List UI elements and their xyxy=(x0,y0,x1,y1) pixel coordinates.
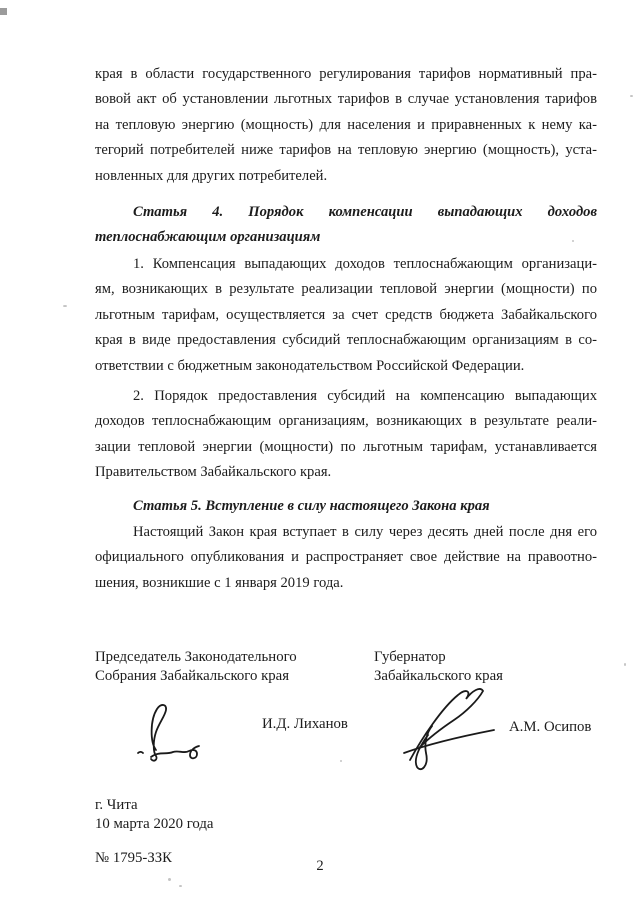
text-line: зации тепловой энергии (мощности) по льг… xyxy=(95,435,597,460)
text-line: ям, возникающих в результате реализации … xyxy=(95,277,597,302)
text-line: края в виде предоставления субсидий тепл… xyxy=(95,328,597,353)
text-line: новленных для других потребителей. xyxy=(95,164,597,189)
chairman-title: Председатель Законодательного Собрания З… xyxy=(95,648,297,685)
article-4-paragraph-1: 1. Компенсация выпадающих доходов теплос… xyxy=(95,252,597,379)
place-and-date: г. Чита 10 марта 2020 года xyxy=(95,796,214,833)
handwritten-signature-icon-left xyxy=(126,696,208,768)
governor-title: Губернатор Забайкальского края xyxy=(374,648,503,685)
scan-speck xyxy=(179,885,182,887)
text-line: шения, возникшие с 1 января 2019 года. xyxy=(95,571,597,596)
scan-speck xyxy=(624,663,626,666)
governor-name: А.М. Осипов xyxy=(509,719,591,736)
city: г. Чита xyxy=(95,796,214,815)
scan-edge-mark xyxy=(0,8,7,15)
text-line: официального опубликования и распростран… xyxy=(95,545,597,570)
chairman-title-line2: Собрания Забайкальского края xyxy=(95,667,297,686)
text-line: льготным тарифам, осуществляется за счет… xyxy=(95,303,597,328)
date: 10 марта 2020 года xyxy=(95,815,214,834)
article-4-paragraph-2: 2. Порядок предоставления субсидий на ко… xyxy=(95,384,597,486)
governor-title-line1: Губернатор xyxy=(374,648,503,667)
scan-speck xyxy=(340,760,342,762)
text-line: тегорий потребителей ниже тарифов на теп… xyxy=(95,138,597,163)
text-line: доходов теплоснабжающим организациям, во… xyxy=(95,409,597,434)
paragraph-continuation: края в области государственного регулиро… xyxy=(95,62,597,189)
text-line: Правительством Забайкальского края. xyxy=(95,460,597,485)
text-line: 2. Порядок предоставления субсидий на ко… xyxy=(95,384,597,409)
text-line: края в области государственного регулиро… xyxy=(95,62,597,87)
text-line: теплоснабжающим организациям xyxy=(95,225,597,250)
article-5-paragraph-1: Настоящий Закон края вступает в силу чер… xyxy=(95,520,597,596)
article-4-heading: Статья 4. Порядок компенсации выпадающих… xyxy=(95,200,597,251)
text-line: Статья 4. Порядок компенсации выпадающих… xyxy=(95,200,597,225)
article-5-heading: Статья 5. Вступление в силу настоящего З… xyxy=(95,494,597,519)
text-line: 1. Компенсация выпадающих доходов теплос… xyxy=(95,252,597,277)
chairman-title-line1: Председатель Законодательного xyxy=(95,648,297,667)
text-line: Статья 5. Вступление в силу настоящего З… xyxy=(95,494,597,519)
text-line: вовой акт об установлении льготных тариф… xyxy=(95,87,597,112)
scan-speck xyxy=(63,305,67,307)
text-line: ответствии с бюджетным законодательством… xyxy=(95,354,597,379)
scan-speck xyxy=(630,95,633,97)
page-number: 2 xyxy=(0,858,640,875)
text-line: на тепловую энергию (мощность) для насел… xyxy=(95,113,597,138)
scan-speck xyxy=(168,878,171,881)
text-line: Настоящий Закон края вступает в силу чер… xyxy=(95,520,597,545)
document-page: края в области государственного регулиро… xyxy=(0,0,640,905)
handwritten-signature-icon-right xyxy=(396,682,506,777)
chairman-name: И.Д. Лиханов xyxy=(262,716,348,733)
